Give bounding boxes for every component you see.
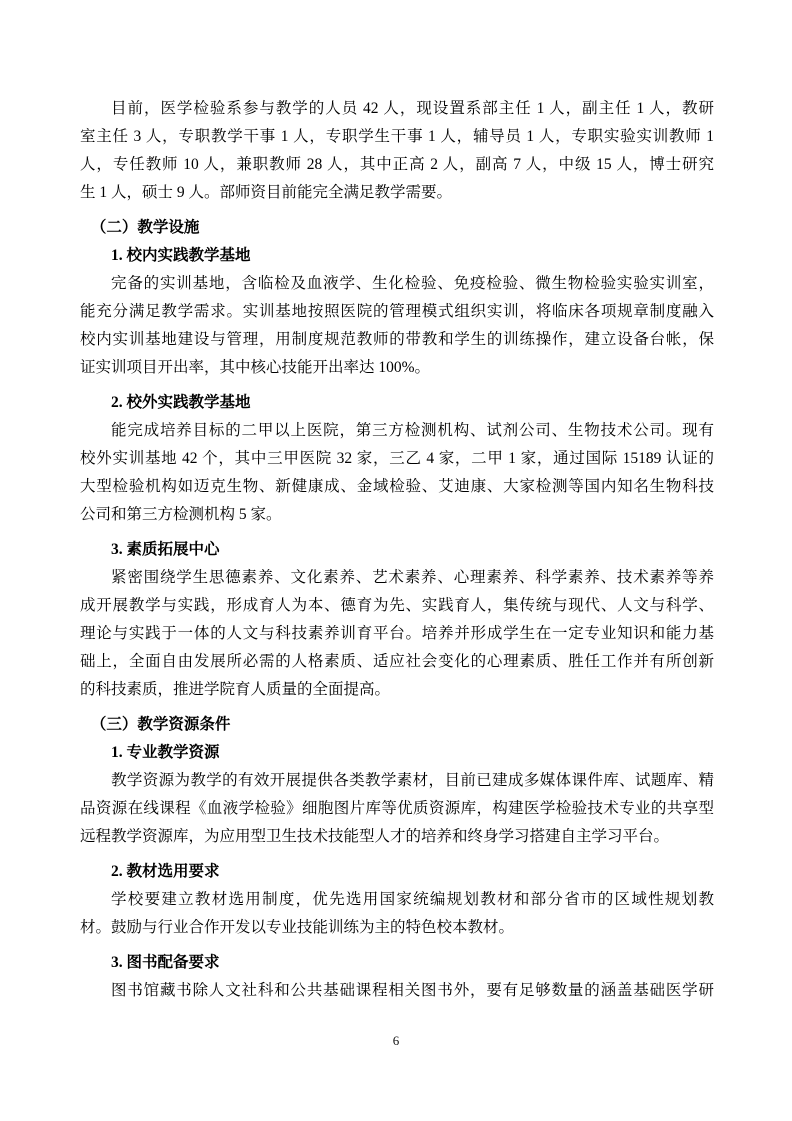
text-line: 能充分满足教学需求。实训基地按照医院的管理模式组织实训，将临床各项规章制度融入	[80, 298, 714, 326]
text-line: 紧密围绕学生思德素养、文化素养、艺术素养、心理素养、科学素养、技术素养等养	[80, 564, 714, 592]
text-line: 础上，全面自由发展所必需的人格素质、适应社会变化的心理素质、胜任工作并有所创新	[80, 648, 714, 676]
document-content: 目前，医学检验系参与教学的人员 42 人，现设置系部主任 1 人，副主任 1 人…	[80, 95, 714, 1012]
text-line: 目前，医学检验系参与教学的人员 42 人，现设置系部主任 1 人，副主任 1 人…	[80, 95, 714, 123]
paragraph: 能完成培养目标的二甲以上医院，第三方检测机构、试剂公司、生物技术公司。现有校外实…	[80, 417, 714, 529]
text-line: 远程教学资源库，为应用型卫生技术技能型人才的培养和终身学习搭建自主学习平台。	[80, 823, 714, 851]
paragraph: 教学资源为教学的有效开展提供各类教学素材，目前已建成多媒体课件库、试题库、精品资…	[80, 767, 714, 851]
paragraph: 学校要建立教材选用制度，优先选用国家统编规划教材和部分省市的区域性规划教材。鼓励…	[80, 886, 714, 942]
page-number: 6	[393, 1033, 400, 1048]
text-line: 图书馆藏书除人文社科和公共基础课程相关图书外，要有足够数量的涵盖基础医学研	[80, 977, 714, 1005]
text-line: 校内实训基地建设与管理，用制度规范教师的带教和学生的训练操作，建立设备台帐，保	[80, 326, 714, 354]
section-heading: （三）教学资源条件	[80, 711, 714, 739]
text-line: 的科技素质，推进学院育人质量的全面提高。	[80, 676, 714, 704]
document-page: 目前，医学检验系参与教学的人员 42 人，现设置系部主任 1 人，副主任 1 人…	[0, 0, 792, 1121]
subsection-heading: 1. 校内实践教学基地	[80, 242, 714, 270]
paragraph: 紧密围绕学生思德素养、文化素养、艺术素养、心理素养、科学素养、技术素养等养成开展…	[80, 564, 714, 704]
section-heading: （二）教学设施	[80, 214, 714, 242]
text-line: 教学资源为教学的有效开展提供各类教学素材，目前已建成多媒体课件库、试题库、精	[80, 767, 714, 795]
subsection-heading: 1. 专业教学资源	[80, 739, 714, 767]
text-line: 学校要建立教材选用制度，优先选用国家统编规划教材和部分省市的区域性规划教	[80, 886, 714, 914]
text-line: 成开展教学与实践，形成育人为本、德育为先、实践育人，集传统与现代、人文与科学、	[80, 592, 714, 620]
subsection-heading: 2. 校外实践教学基地	[80, 389, 714, 417]
text-line: 理论与实践于一体的人文与科技素养训育平台。培养并形成学生在一定专业知识和能力基	[80, 620, 714, 648]
subsection-heading: 3. 图书配备要求	[80, 949, 714, 977]
text-line: 证实训项目开出率，其中核心技能开出率达 100%。	[80, 354, 714, 382]
subsection-heading: 2. 教材选用要求	[80, 858, 714, 886]
text-line: 能完成培养目标的二甲以上医院，第三方检测机构、试剂公司、生物技术公司。现有	[80, 417, 714, 445]
text-line: 完备的实训基地，含临检及血液学、生化检验、免疫检验、微生物检验实验实训室，	[80, 270, 714, 298]
text-line: 大型检验机构如迈克生物、新健康成、金域检验、艾迪康、大家检测等国内知名生物科技	[80, 473, 714, 501]
paragraph: 目前，医学检验系参与教学的人员 42 人，现设置系部主任 1 人，副主任 1 人…	[80, 95, 714, 207]
text-line: 人，专任教师 10 人，兼职教师 28 人，其中正高 2 人，副高 7 人，中级…	[80, 151, 714, 179]
subsection-heading: 3. 素质拓展中心	[80, 536, 714, 564]
page-footer: 6	[0, 1030, 792, 1052]
text-line: 生 1 人，硕士 9 人。部师资目前能完全满足教学需要。	[80, 179, 714, 207]
text-line: 校外实训基地 42 个，其中三甲医院 32 家，三乙 4 家，二甲 1 家，通过…	[80, 445, 714, 473]
paragraph: 完备的实训基地，含临检及血液学、生化检验、免疫检验、微生物检验实验实训室，能充分…	[80, 270, 714, 382]
text-line: 公司和第三方检测机构 5 家。	[80, 501, 714, 529]
text-line: 品资源在线课程《血液学检验》细胞图片库等优质资源库，构建医学检验技术专业的共享型	[80, 795, 714, 823]
text-line: 材。鼓励与行业合作开发以专业技能训练为主的特色校本教材。	[80, 914, 714, 942]
text-line: 室主任 3 人，专职教学干事 1 人，专职学生干事 1 人，辅导员 1 人，专职…	[80, 123, 714, 151]
paragraph: 图书馆藏书除人文社科和公共基础课程相关图书外，要有足够数量的涵盖基础医学研	[80, 977, 714, 1005]
